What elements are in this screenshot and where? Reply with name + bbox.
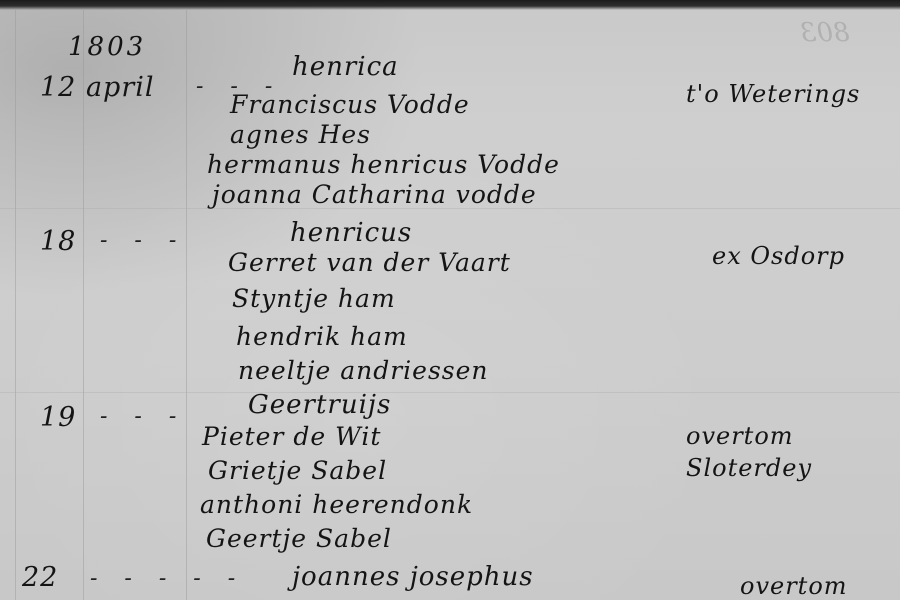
child-name: henrica xyxy=(292,52,399,82)
ruled-line xyxy=(186,10,187,600)
faint-horizontal-line xyxy=(0,392,900,393)
witness-name: neeltje andriessen xyxy=(238,356,489,385)
child-name: joannes josephus xyxy=(292,562,534,592)
child-name: Geertruijs xyxy=(248,390,391,420)
ruled-line xyxy=(15,10,16,600)
mother-name: agnes Hes xyxy=(230,120,371,149)
place-name: overtom xyxy=(686,422,794,450)
entry-dashes: - - - - - xyxy=(90,566,245,591)
entry-date: 18 xyxy=(40,226,76,257)
place-name: ex Osdorp xyxy=(712,242,845,270)
entry-dashes: - - - xyxy=(100,228,186,253)
father-name: Franciscus Vodde xyxy=(230,90,470,119)
entry-date: 12 april xyxy=(40,72,155,103)
entry-date: 19 xyxy=(40,402,76,433)
father-name: Gerret van der Vaart xyxy=(228,248,511,277)
place-name: t'o Weterings xyxy=(686,80,860,108)
witness-name: anthoni heerendonk xyxy=(200,490,473,519)
place-name: Sloterdey xyxy=(686,454,812,482)
mother-name: Styntje ham xyxy=(232,284,396,313)
register-year: 1803 xyxy=(68,32,146,62)
place-name: overtom xyxy=(740,572,848,600)
witness-name: hendrik ham xyxy=(236,322,408,351)
father-name: Pieter de Wit xyxy=(202,422,381,451)
scan-top-edge xyxy=(0,0,900,10)
child-name: henricus xyxy=(290,218,412,248)
witness-name: joanna Catharina vodde xyxy=(212,180,537,209)
witness-name: hermanus henricus Vodde xyxy=(207,150,560,179)
register-page-scan: 803 1803 12 april - - - henrica Francisc… xyxy=(0,0,900,600)
entry-date: 22 xyxy=(22,562,58,593)
mother-name: Grietje Sabel xyxy=(208,456,387,485)
witness-name: Geertje Sabel xyxy=(206,524,392,553)
bleed-through-text: 803 xyxy=(800,18,850,48)
entry-dashes: - - - xyxy=(100,404,186,429)
